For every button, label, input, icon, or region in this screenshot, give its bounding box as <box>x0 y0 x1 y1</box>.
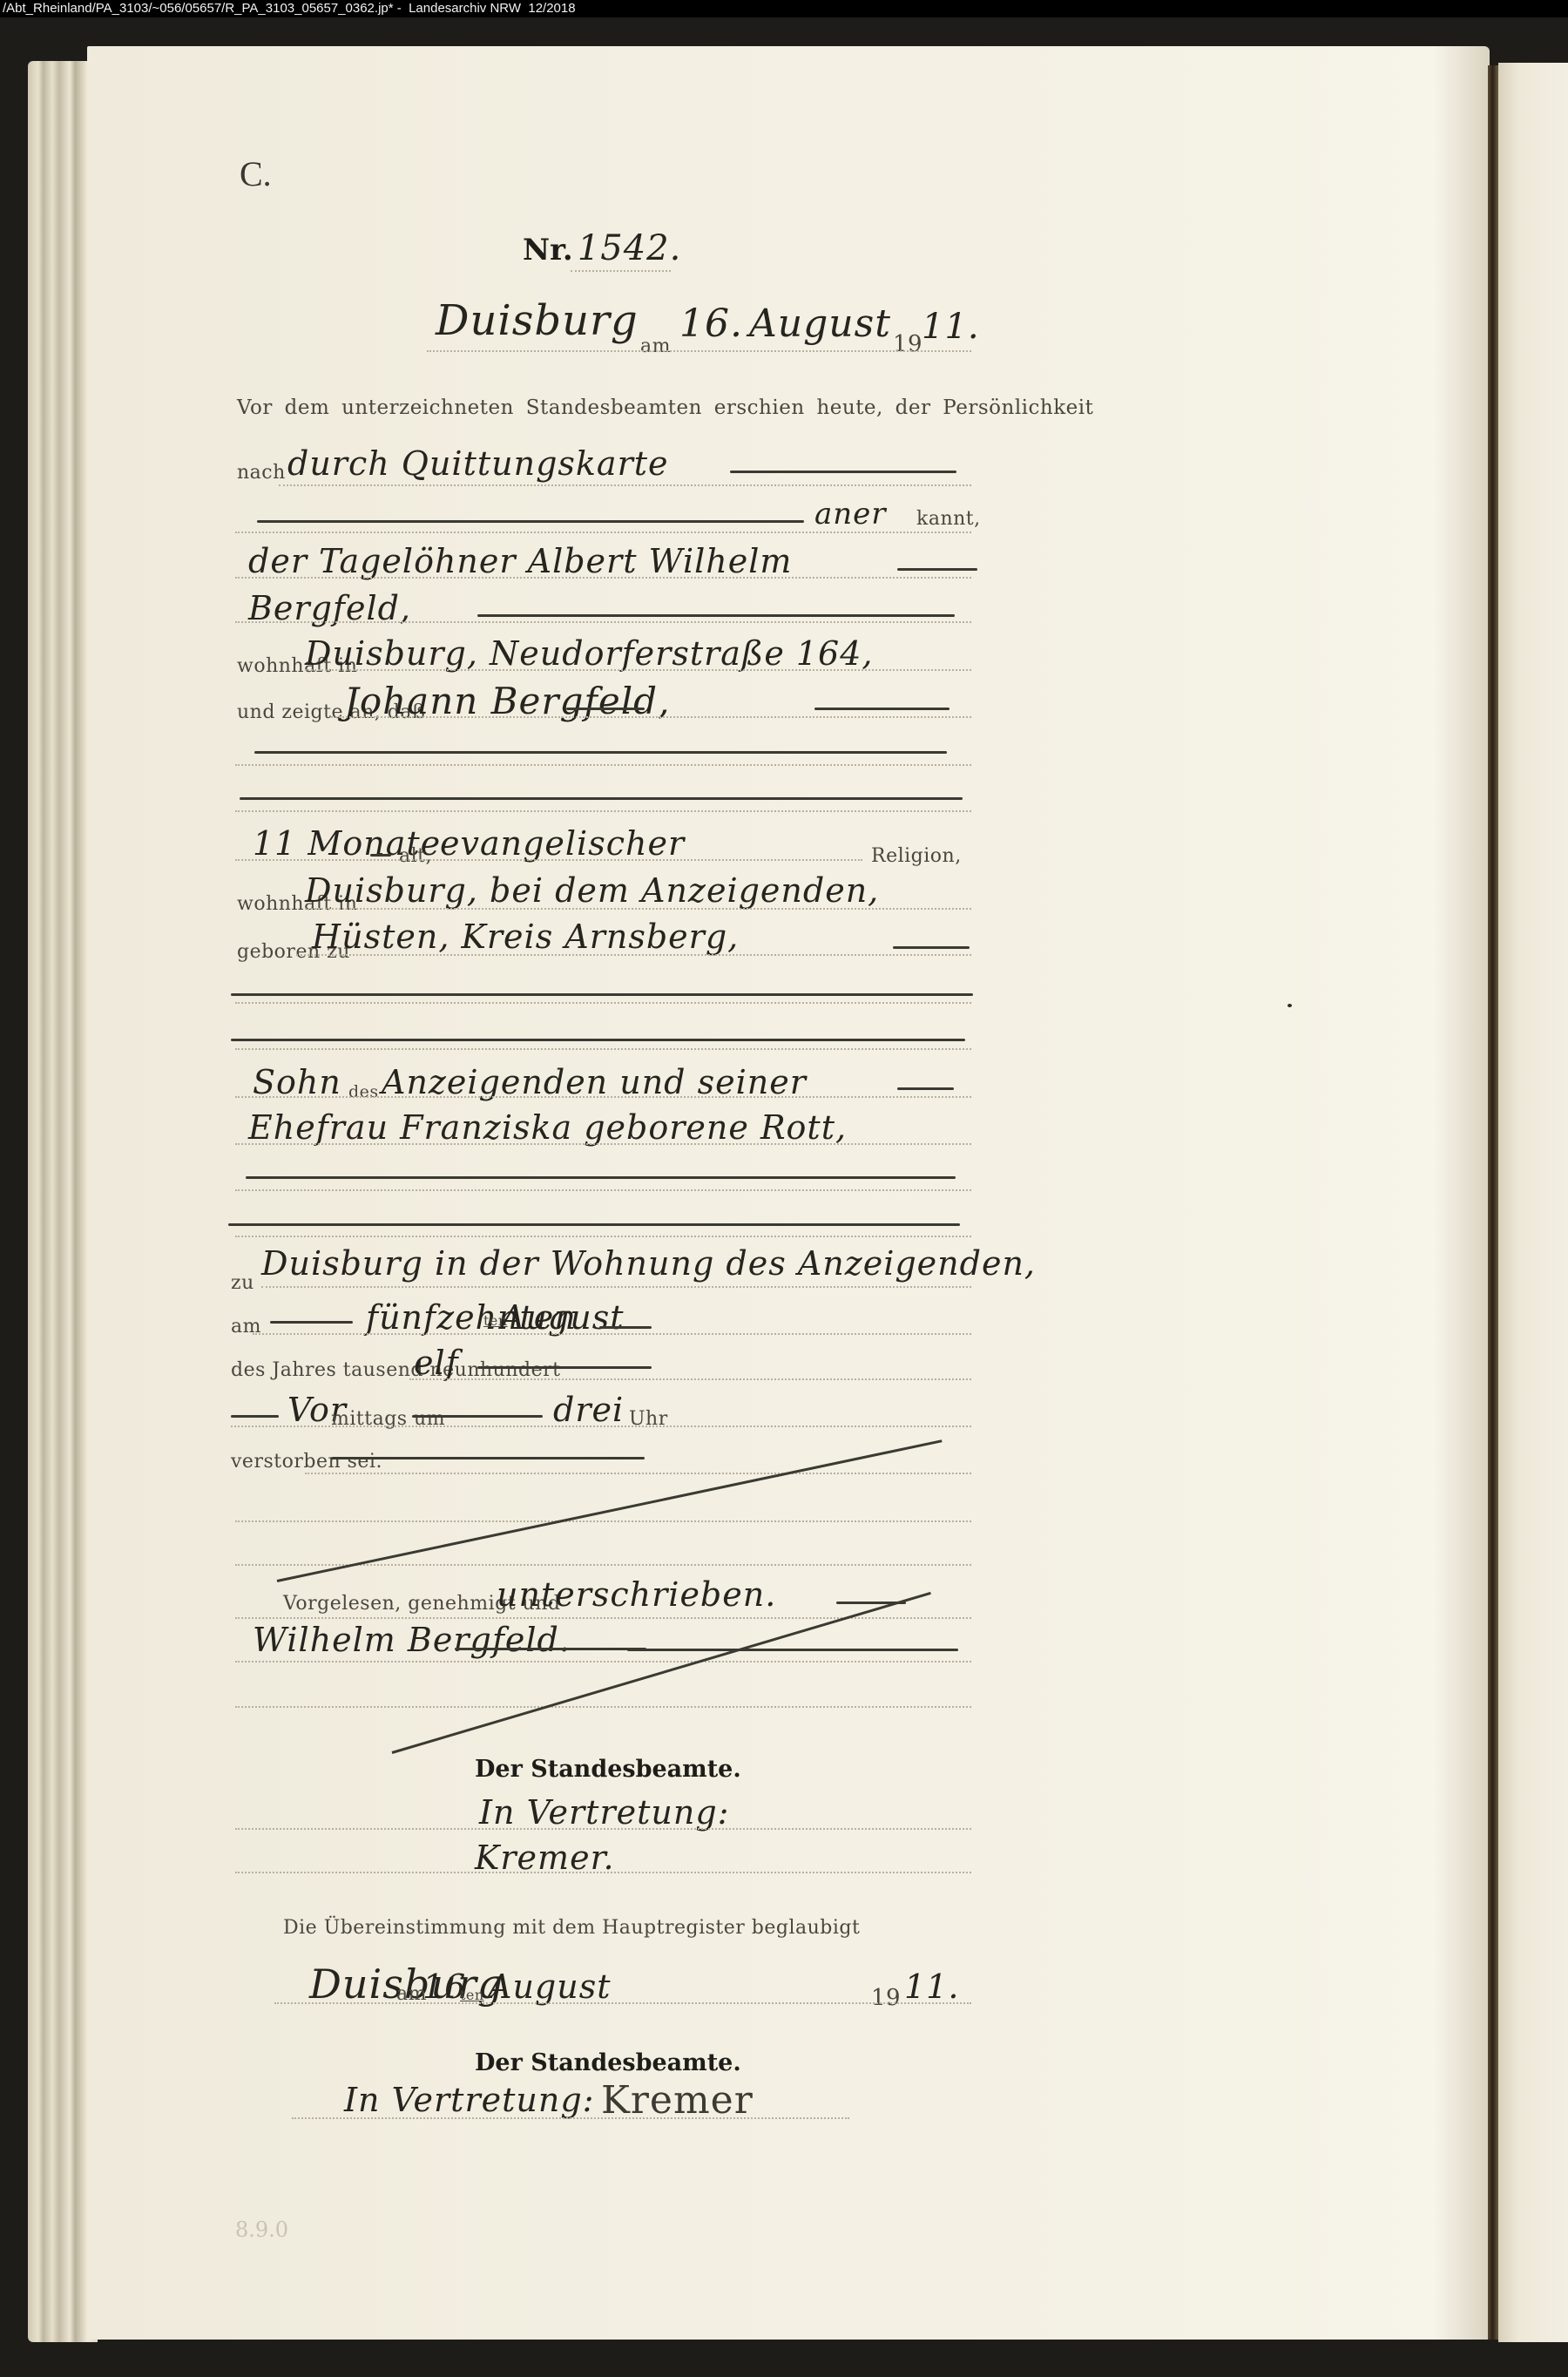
dotted-line <box>235 859 862 861</box>
fill-rule <box>231 993 973 996</box>
dotted-line <box>235 1143 971 1145</box>
fill-rule <box>477 1366 652 1369</box>
dotted-line <box>292 2117 849 2119</box>
dotted-line <box>296 954 971 956</box>
fill-rule <box>893 946 970 949</box>
reading-value: unterschrieben. <box>497 1575 776 1614</box>
fill-rule <box>730 471 956 473</box>
fill-rule <box>566 708 645 710</box>
date-dotted-line <box>427 350 971 352</box>
fill-rule <box>455 1648 646 1650</box>
register-page <box>87 46 1490 2340</box>
header-date-month: August <box>749 301 891 346</box>
book-gutter <box>1488 65 1498 2340</box>
header-date-year-prefix: 19 <box>893 331 923 357</box>
dotted-line <box>235 1002 971 1004</box>
dotted-line <box>235 577 971 579</box>
deceased-religion-value: evangelischer <box>440 824 685 863</box>
dotted-line <box>409 1378 971 1380</box>
dotted-line <box>235 1828 971 1830</box>
declarant-signature: Wilhelm Bergfeld. <box>253 1621 571 1659</box>
certification-day-suffix: ten <box>460 1987 484 2003</box>
fill-rule <box>254 751 947 754</box>
parents-line2: Ehefrau Franziska geborene Rott, <box>248 1108 847 1147</box>
identity-suffix-hand: aner <box>814 497 887 532</box>
deceased-religion-label: Religion, <box>871 845 962 867</box>
dotted-line <box>331 716 971 718</box>
fill-rule <box>331 1457 645 1459</box>
fill-rule <box>412 1415 543 1418</box>
certification-title: Der Standesbeamte. <box>475 2049 741 2076</box>
dotted-line <box>235 621 971 623</box>
dotted-line <box>235 532 971 533</box>
dotted-line <box>235 1096 971 1098</box>
fill-rule <box>599 1326 652 1329</box>
facing-page <box>1498 63 1568 2342</box>
dotted-line <box>235 1048 971 1050</box>
number-value: 1542. <box>578 228 682 268</box>
deceased-birth-value: Hüsten, Kreis Arnsberg, <box>312 918 739 956</box>
faint-mark: 8.9.0 <box>235 2218 288 2242</box>
fill-rule <box>228 1223 960 1226</box>
deceased-residence-value: Duisburg, bei dem Anzeigenden, <box>305 871 879 910</box>
fill-rule <box>814 708 950 710</box>
header-date-place: Duisburg <box>436 296 639 345</box>
fill-rule <box>477 614 955 617</box>
fill-rule <box>240 797 963 800</box>
window-title-bar: /Abt_Rheinland/PA_3103/~056/05657/R_PA_3… <box>0 0 1568 17</box>
record-number: Nr. 1542. <box>523 228 681 268</box>
certification-representation: In Vertretung: <box>344 2081 594 2119</box>
dotted-line <box>305 908 971 910</box>
certification-text: Die Übereinstimmung mit dem Hauptregiste… <box>283 1917 860 1939</box>
dash-rule <box>370 854 391 857</box>
fill-rule <box>246 1176 956 1179</box>
fill-rule <box>627 1649 958 1651</box>
certification-month: August <box>488 1967 612 2006</box>
dotted-line <box>235 1661 971 1663</box>
death-place-label: zu <box>231 1272 254 1294</box>
registrar-title: Der Standesbeamte. <box>475 1756 741 1783</box>
certification-year-prefix: 19 <box>871 1985 901 2011</box>
dotted-line <box>235 1706 971 1708</box>
number-dotted-line <box>571 270 671 272</box>
dotted-line <box>305 669 971 671</box>
fill-rule <box>231 1039 965 1041</box>
dotted-line <box>235 810 971 812</box>
fill-rule <box>897 1087 954 1090</box>
dotted-line <box>235 764 971 766</box>
dotted-line <box>235 1617 971 1619</box>
declarant-residence-value: Duisburg, Neudorferstraße 164, <box>305 634 874 673</box>
header-date-year-suffix: 11. <box>922 307 980 347</box>
dotted-line <box>279 484 971 486</box>
dotted-line <box>235 1189 971 1191</box>
declarant-line1: der Tagelöhner Albert Wilhelm <box>248 542 792 580</box>
death-month: August <box>501 1298 625 1337</box>
dotted-line <box>235 1520 971 1522</box>
dotted-line <box>235 1872 971 1873</box>
fill-rule <box>231 1415 279 1418</box>
identity-prefix: nach <box>237 462 286 484</box>
dotted-line <box>253 1333 971 1335</box>
parents-des: des <box>348 1082 379 1101</box>
certification-year-suffix: 11. <box>904 1967 959 2006</box>
identity-value: durch Quittungskarte <box>287 444 669 483</box>
certification-name: Kremer <box>601 2078 754 2123</box>
death-place-value: Duisburg in der Wohnung des Anzeigenden, <box>261 1244 1036 1283</box>
fill-rule <box>270 1321 353 1324</box>
death-year-value: elf <box>414 1344 459 1382</box>
number-label: Nr. <box>523 233 573 267</box>
registrar-representation: In Vertretung: <box>479 1793 729 1832</box>
dotted-line <box>231 1426 971 1427</box>
dotted-line <box>274 2002 971 2004</box>
death-hour-value: drei <box>553 1391 624 1429</box>
header-date-day: 16. <box>679 301 743 346</box>
section-letter: C. <box>240 153 272 194</box>
deceased-age-label: alt, <box>399 845 432 867</box>
death-closing: verstorben sei. <box>231 1451 382 1473</box>
fill-rule <box>257 520 804 523</box>
dotted-line <box>235 1236 971 1237</box>
ink-spot <box>1288 1004 1292 1007</box>
intro-text: Vor dem unterzeichneten Standesbeamten e… <box>237 396 1093 419</box>
dotted-line <box>305 1473 971 1474</box>
dotted-line <box>261 1286 971 1288</box>
header-date-am: am <box>640 335 671 357</box>
fill-rule <box>897 568 977 571</box>
identity-suffix-print: kannt, <box>916 508 981 530</box>
